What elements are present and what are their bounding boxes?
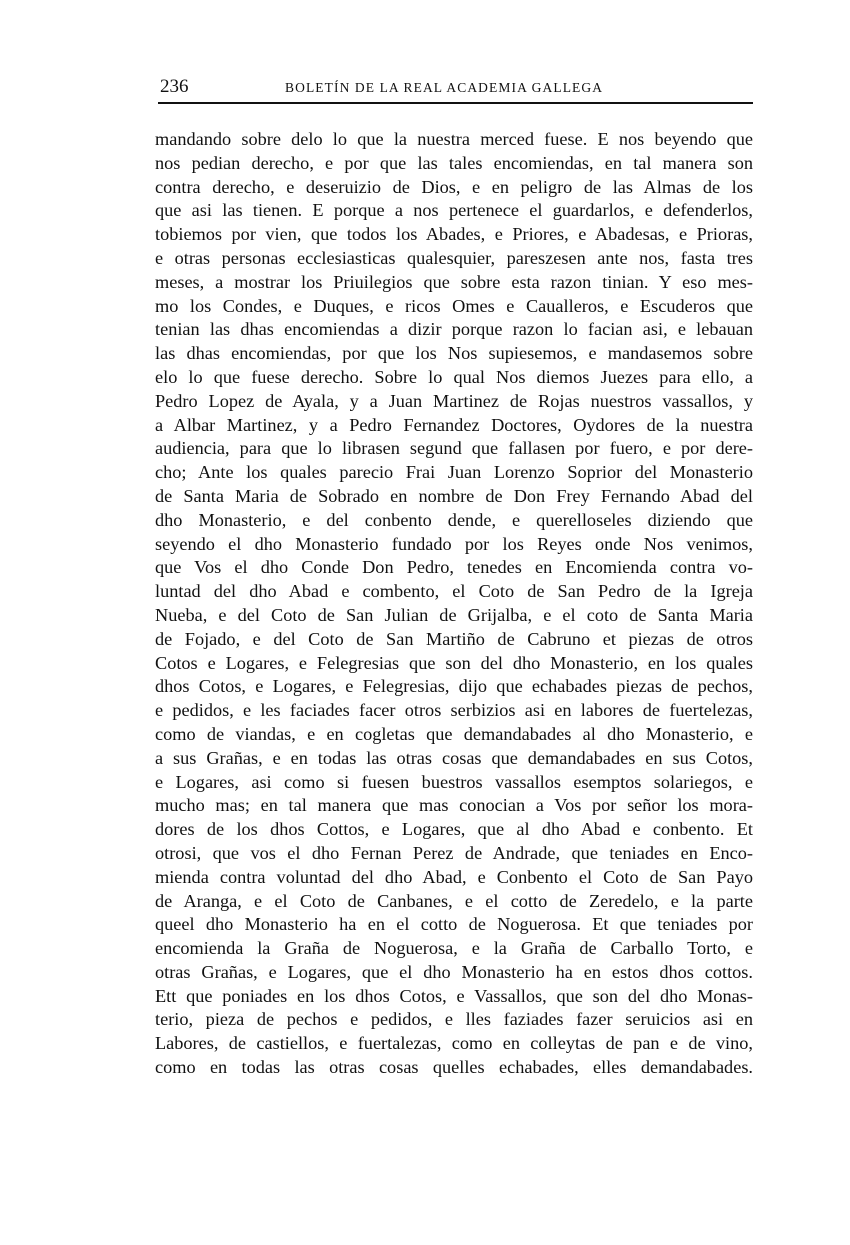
text-line: Nueba, e del Coto de San Julian de Grija… [155, 604, 753, 628]
text-line: de Santa Maria de Sobrado en nombre de D… [155, 485, 753, 509]
text-line: tobiemos por vien, que todos los Abades,… [155, 223, 753, 247]
text-line: nos pedian derecho, e por que las tales … [155, 152, 753, 176]
text-line: Cotos e Logares, e Felegresias que son d… [155, 652, 753, 676]
text-line: terio, pieza de pechos e pedidos, e lles… [155, 1008, 753, 1032]
header-rule [158, 102, 753, 104]
running-title: BOLETÍN DE LA REAL ACADEMIA GALLEGA [285, 80, 603, 96]
text-line: de Aranga, e el Coto de Canbanes, e el c… [155, 890, 753, 914]
text-line: como de viandas, e en cogletas que deman… [155, 723, 753, 747]
text-line: audiencia, para que lo librasen segund q… [155, 437, 753, 461]
text-line: Labores, de castiellos, e fuertalezas, c… [155, 1032, 753, 1056]
text-line: otrosi, que vos el dho Fernan Perez de A… [155, 842, 753, 866]
text-line: meses, a mostrar los Priuilegios que sob… [155, 271, 753, 295]
text-line: cho; Ante los quales parecio Frai Juan L… [155, 461, 753, 485]
text-line: otras Grañas, e Logares, que el dho Mona… [155, 961, 753, 985]
text-line: que Vos el dho Conde Don Pedro, tenedes … [155, 556, 753, 580]
text-line: luntad del dho Abad e combento, el Coto … [155, 580, 753, 604]
text-line: e otras personas ecclesiasticas qualesqu… [155, 247, 753, 271]
text-line: dhos Cotos, e Logares, e Felegresias, di… [155, 675, 753, 699]
text-line: las dhas encomiendas, por que los Nos su… [155, 342, 753, 366]
text-line: mucho mas; en tal manera que mas conocia… [155, 794, 753, 818]
text-line: a Albar Martinez, y a Pedro Fernandez Do… [155, 414, 753, 438]
text-line: encomienda la Graña de Noguerosa, e la G… [155, 937, 753, 961]
running-header: 236 BOLETÍN DE LA REAL ACADEMIA GALLEGA [160, 76, 752, 100]
body-text: mandando sobre delo lo que la nuestra me… [155, 128, 753, 1080]
text-line: e Logares, asi como si fuesen buestros v… [155, 771, 753, 795]
text-line: seyendo el dho Monasterio fundado por lo… [155, 533, 753, 557]
text-line: Pedro Lopez de Ayala, y a Juan Martinez … [155, 390, 753, 414]
text-line: queel dho Monasterio ha en el cotto de N… [155, 913, 753, 937]
text-line: de Fojado, e del Coto de San Martiño de … [155, 628, 753, 652]
text-line: a sus Grañas, e en todas las otras cosas… [155, 747, 753, 771]
text-line: contra derecho, e deseruizio de Dios, e … [155, 176, 753, 200]
text-line: como en todas las otras cosas quelles ec… [155, 1056, 753, 1080]
text-line: Ett que poniades en los dhos Cotos, e Va… [155, 985, 753, 1009]
text-line: dho Monasterio, e del conbento dende, e … [155, 509, 753, 533]
page-number: 236 [160, 76, 189, 98]
text-line: dores de los dhos Cottos, e Logares, que… [155, 818, 753, 842]
text-line: tenian las dhas encomiendas a dizir porq… [155, 318, 753, 342]
text-line: que asi las tienen. E porque a nos perte… [155, 199, 753, 223]
text-line: e pedidos, e les faciades facer otros se… [155, 699, 753, 723]
text-line: mo los Condes, e Duques, e ricos Omes e … [155, 295, 753, 319]
text-line: mienda contra voluntad del dho Abad, e C… [155, 866, 753, 890]
text-line: mandando sobre delo lo que la nuestra me… [155, 128, 753, 152]
text-line: elo lo que fuese derecho. Sobre lo qual … [155, 366, 753, 390]
